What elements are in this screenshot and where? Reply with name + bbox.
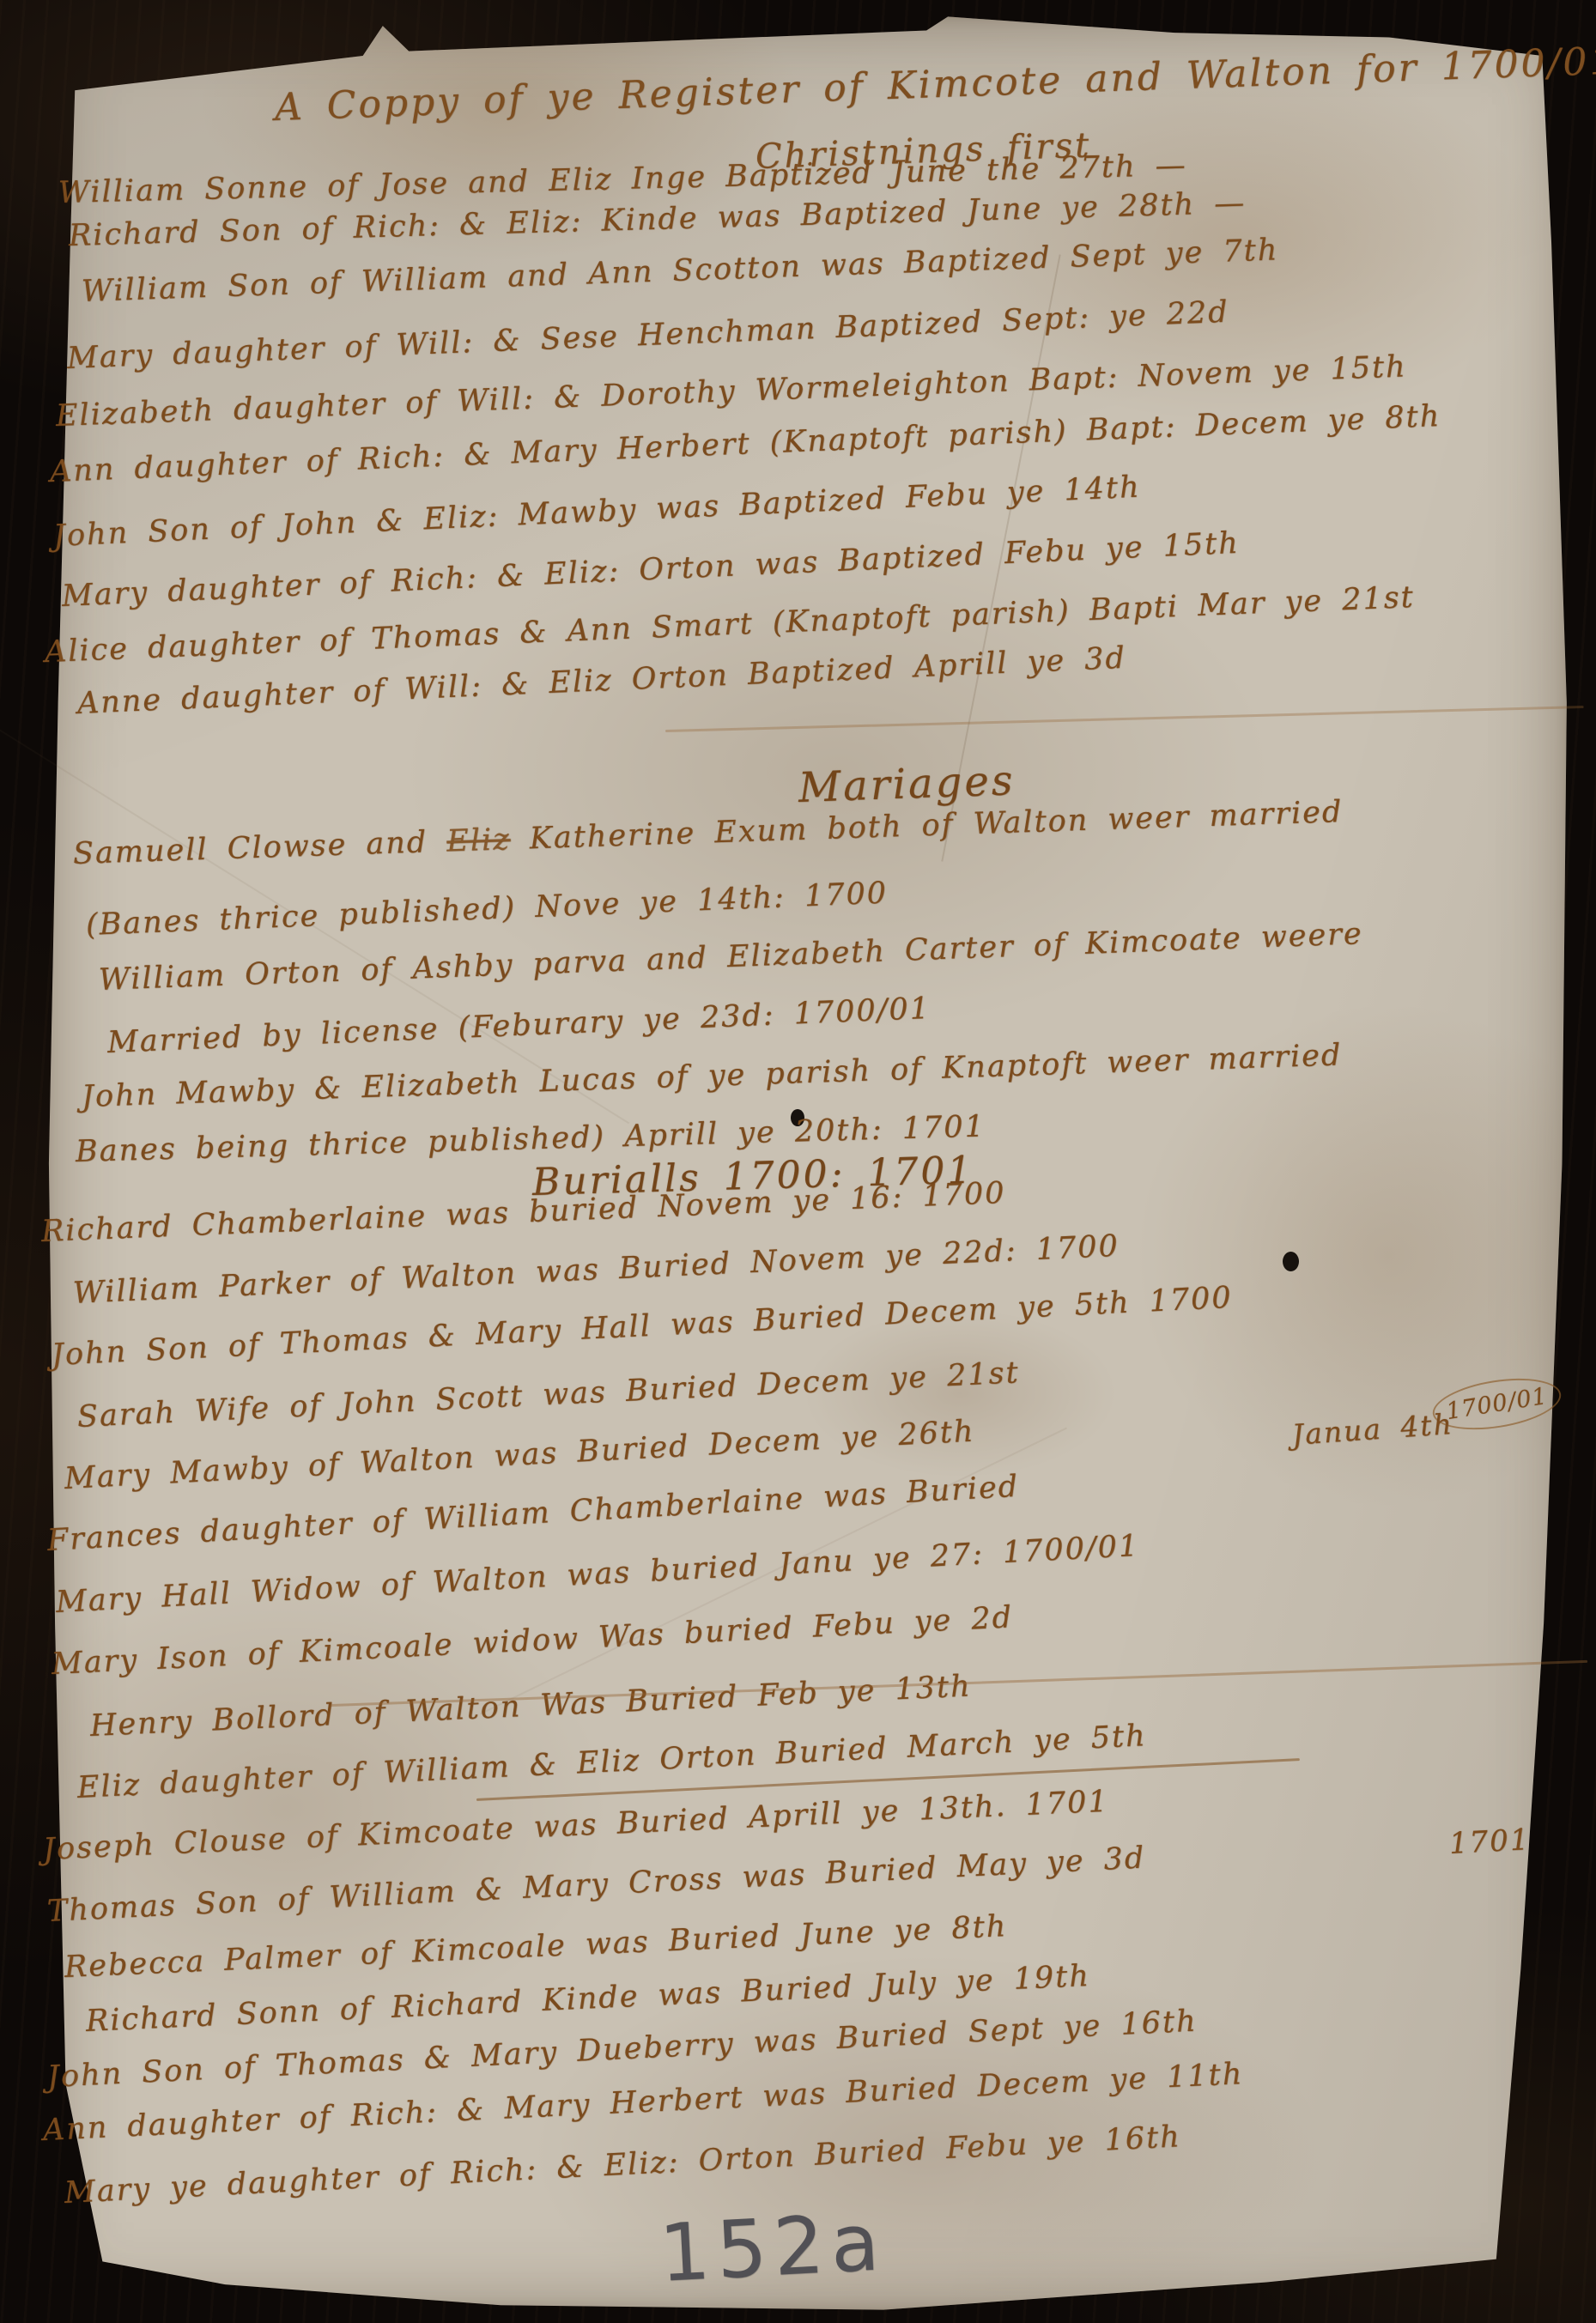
mariages-heading: Mariages — [798, 756, 1016, 812]
struck-word: Eliz — [446, 822, 512, 858]
manuscript-photo: A Coppy of ye Register of Kimcote and Wa… — [0, 0, 1596, 2323]
margin-year-note: 1701 — [1448, 1823, 1531, 1861]
page-number-pencil: 152a — [657, 2196, 888, 2300]
worm-hole — [1283, 1252, 1299, 1271]
